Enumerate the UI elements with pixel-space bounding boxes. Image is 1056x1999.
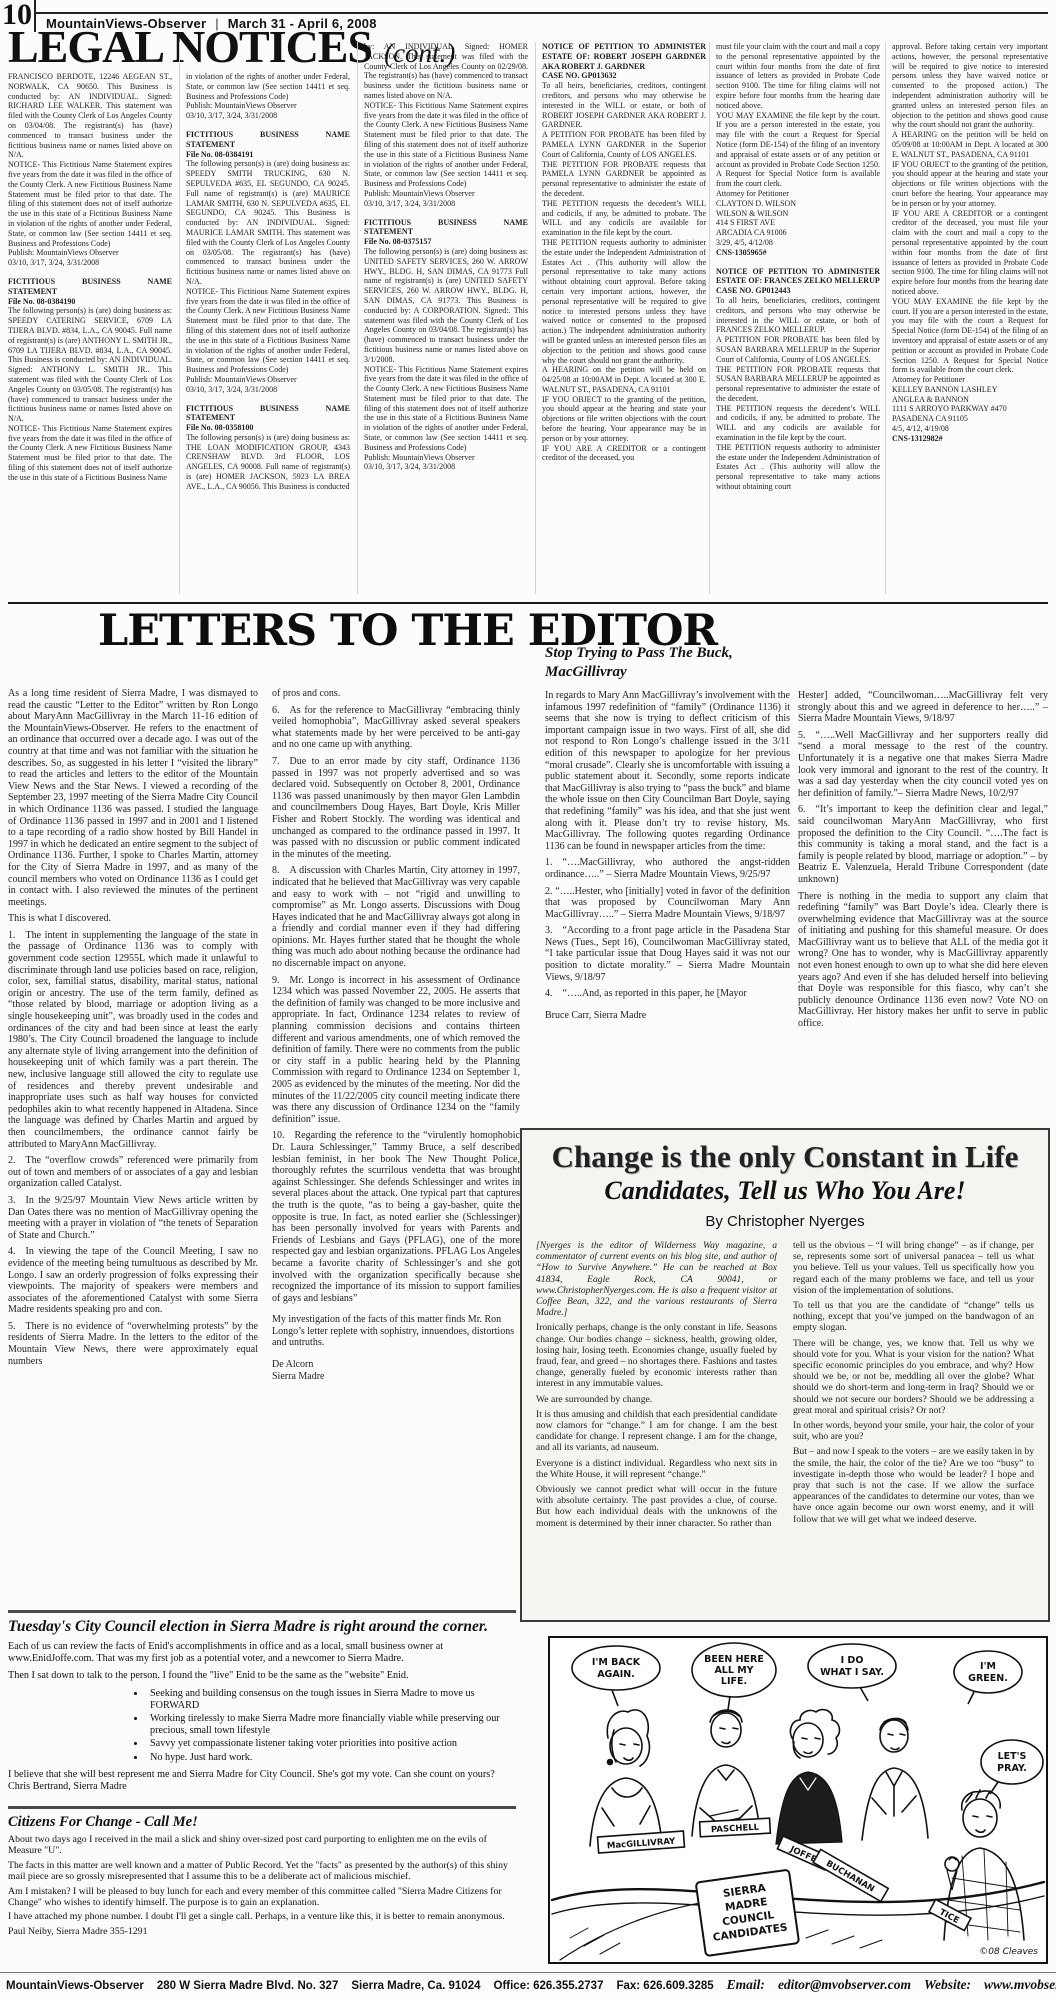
letter-paragraph: 7. Due to an error made by city staff, O… bbox=[272, 756, 520, 860]
change-box-title: Change is the only Constant in Life bbox=[536, 1140, 1034, 1174]
letter-paragraph: 6. “It’s important to keep the definitio… bbox=[798, 804, 1048, 885]
column-rule bbox=[357, 42, 358, 594]
legal-paragraph: To all heirs, beneficiaries, creditors, … bbox=[542, 81, 706, 130]
legal-paragraph: NOTICE- This Fictitious Name Statement e… bbox=[364, 365, 528, 453]
legal-paragraph: 03/10, 3/17, 3/24, 3/31/2008 bbox=[364, 199, 528, 209]
legal-paragraph: IF YOU ARE A CREDITOR or a contingent cr… bbox=[542, 444, 706, 464]
footer-website: www.mvobserver.com bbox=[984, 1977, 1056, 1993]
legal-paragraph: CASE NO. GP012443 bbox=[716, 286, 880, 296]
legal-paragraph: Attorney for Petitioner bbox=[716, 189, 880, 199]
legal-paragraph: NOTICE- This Fictitious Name Statement e… bbox=[364, 101, 528, 189]
cartoon-bubble-paschell: BEEN HERE bbox=[704, 1654, 764, 1665]
footer-address: 280 W Sierra Madre Blvd. No. 327 bbox=[157, 1978, 339, 1994]
column-rule bbox=[885, 42, 886, 594]
footer-paper-name: MountainViews-Observer bbox=[6, 1978, 144, 1994]
legal-paragraph: IF YOU ARE A CREDITOR or a contingent cr… bbox=[892, 209, 1048, 297]
legal-paragraph: 1111 S ARROYO PARKWAY #470 bbox=[892, 404, 1048, 414]
legal-paragraph: NOTICE- This Fictitious Name Statement e… bbox=[8, 160, 172, 248]
letter-paragraph: 4. “…..And, as reported in this paper, h… bbox=[545, 988, 790, 1000]
masthead-rule bbox=[36, 12, 1048, 14]
legal-paragraph: Publish: MountainViews Observer bbox=[186, 375, 350, 385]
legal-paragraph: WILSON & WILSON bbox=[716, 209, 880, 219]
legal-paragraph: Publish: MountainViews Observer bbox=[8, 248, 172, 258]
legal-paragraph: 03/10, 3/17, 3/24, 3/31/2008 bbox=[8, 258, 172, 268]
legal-paragraph: File No. 08-0358100 bbox=[186, 423, 350, 433]
letter-paragraph: 10. Regarding the reference to the “viru… bbox=[272, 1130, 520, 1304]
legal-paragraph: CASE NO. GP013632 bbox=[542, 71, 706, 81]
legal-paragraph: ANGLEA & BANNON bbox=[892, 395, 1048, 405]
legal-paragraph: 03/10, 3/17, 3/24, 3/31/2008 bbox=[186, 385, 350, 395]
legal-paragraph: The following person(s) is (are) doing b… bbox=[186, 433, 350, 492]
letter-paragraph: Am I mistaken? I will be pleased to buy … bbox=[8, 1886, 518, 1909]
letter-paragraph: Bruce Carr, Sierra Madre bbox=[545, 1010, 790, 1022]
legal-paragraph: File No. 08-0375157 bbox=[364, 237, 528, 247]
legal-column-3: by: AN INDIVIDUAL. Signed: HOMER JACKSON… bbox=[364, 42, 528, 594]
letter-paragraph: 9. Mr. Longo is incorrect in his assessm… bbox=[272, 975, 520, 1126]
editorial-cartoon: SIERRA MADRE COUNCIL CANDIDATES MacGILLI… bbox=[548, 1636, 1048, 1964]
cartoon-bubble-tice-line2: PRAY. bbox=[997, 1763, 1027, 1774]
letters-column-1: As a long time resident of Sierra Madre,… bbox=[8, 688, 258, 1603]
letter-paragraph: of pros and cons. bbox=[272, 688, 520, 700]
legal-paragraph: 03/10, 3/17, 3/24, 3/31/2008 bbox=[186, 111, 350, 121]
legal-paragraph: THE PETITION requests the decedent’s WIL… bbox=[542, 199, 706, 238]
legal-paragraph: Publish: MountainViews Observer bbox=[364, 453, 528, 463]
legal-paragraph: KELLEY BANNON LASHLEY bbox=[892, 385, 1048, 395]
bullet-item: Seeking and building consensus on the to… bbox=[146, 1688, 518, 1712]
letter-paragraph: 2. The “overflow crowds” referenced were… bbox=[8, 1155, 258, 1190]
legal-paragraph: THE PETITION requests authority to admin… bbox=[542, 238, 706, 365]
tuesday-election-letter: Tuesday's City Council election in Sierr… bbox=[8, 1617, 518, 1805]
citizens-letter-paragraphs: About two days ago I received in the mai… bbox=[8, 1834, 518, 1937]
change-box-byline: By Christopher Nyerges bbox=[536, 1212, 1034, 1232]
footer-email: editor@mvobserver.com bbox=[778, 1977, 911, 1993]
legal-paragraph: A HEARING on the petition will be held o… bbox=[892, 130, 1048, 159]
legal-paragraph: The following person(s) is (are) doing b… bbox=[364, 247, 528, 365]
legal-paragraph: ARCADIA CA 91006 bbox=[716, 228, 880, 238]
tuesday-letter-closing: I believe that she will best represent m… bbox=[8, 1769, 518, 1793]
legal-paragraph: in violation of the rights of another un… bbox=[186, 72, 350, 101]
footer-rule bbox=[0, 1972, 1056, 1973]
change-editorial-box: Change is the only Constant in Life Cand… bbox=[520, 1128, 1050, 1622]
legal-paragraph: CLAYTON D. WILSON bbox=[716, 199, 880, 209]
legal-paragraph: must file your claim with the court and … bbox=[716, 42, 880, 111]
cartoon-bubble-paschell-line2: ALL MY bbox=[714, 1665, 753, 1676]
tuesday-letter-bullets: Seeking and building consensus on the to… bbox=[8, 1688, 518, 1764]
legal-paragraph: File No. 08-0384191 bbox=[186, 150, 350, 160]
bullet-item: No hype. Just hard work. bbox=[146, 1752, 518, 1764]
column-rule bbox=[179, 42, 180, 594]
legal-paragraph: FICTITIOUS BUSINESS NAME STATEMENT bbox=[364, 218, 528, 238]
newspaper-page: 10 MountainViews-Observer | March 31 - A… bbox=[0, 0, 1056, 1999]
letter-paragraph: In regards to Mary Ann MacGillivray’s in… bbox=[545, 690, 790, 852]
cartoon-bubble-green-line2: GREEN. bbox=[968, 1673, 1008, 1684]
change-box-subtitle: Candidates, Tell us Who You Are! bbox=[536, 1176, 1034, 1206]
cartoon-bubble-tice: LET'S bbox=[998, 1751, 1027, 1762]
section-divider bbox=[8, 602, 1048, 604]
cartoon-artist-credit: ©08 Cleaves bbox=[979, 1947, 1038, 1957]
legal-paragraph: A HEARING on the petition will be held o… bbox=[542, 365, 706, 394]
editorial-paragraph: Ironically perhaps, change is the only c… bbox=[536, 1322, 777, 1389]
legal-paragraph: The following person(s) is (are) doing b… bbox=[8, 306, 172, 424]
legal-paragraph: NOTICE- This Fictitious Name Statement e… bbox=[186, 287, 350, 375]
legal-paragraph: 414 S FIRST AVE bbox=[716, 218, 880, 228]
legal-column-5: must file your claim with the court and … bbox=[716, 42, 880, 594]
letter-paragraph: De Alcorn bbox=[272, 1359, 520, 1371]
legal-column-4: NOTICE OF PETITION TO ADMINISTER ESTATE … bbox=[542, 42, 706, 594]
letter-paragraph: 1. “….MacGillivray, who authored the ang… bbox=[545, 857, 790, 880]
legal-paragraph: 03/10, 3/17, 3/24, 3/31/2008 bbox=[364, 462, 528, 472]
citizens-for-change-letter: Citizens For Change - Call Me! About two… bbox=[8, 1813, 518, 1973]
letter-paragraph: 4. In viewing the tape of the Council Me… bbox=[8, 1246, 258, 1316]
legal-paragraph: IF YOU OBJECT to the granting of the pet… bbox=[542, 395, 706, 444]
letter-heading-pass-the-buck: Stop Trying to Pass The Buck, MacGillivr… bbox=[545, 644, 797, 682]
letter-paragraph: Hester] added, “Councilwoman…..MacGilliv… bbox=[798, 690, 1048, 725]
letter-paragraph: Each of us can review the facts of Enid'… bbox=[8, 1641, 518, 1665]
editorial-paragraph: [Nyerges is the editor of Wilderness Way… bbox=[536, 1240, 777, 1318]
legal-column-1: FRANCISCO BERDOTE, 12246 AEGEAN ST., NOR… bbox=[8, 72, 172, 594]
legal-paragraph: CNS-1305965# bbox=[716, 248, 880, 258]
letters-column-4: Hester] added, “Councilwoman…..MacGilliv… bbox=[798, 690, 1048, 1120]
legal-paragraph: THE PETITION requests authority to admin… bbox=[716, 443, 880, 492]
cartoon-bubble-macgillivray: I'M BACK bbox=[592, 1657, 641, 1668]
legal-paragraph: by: AN INDIVIDUAL. Signed: HOMER JACKSON… bbox=[364, 42, 528, 101]
cartoon-bubble-macgillivray-line2: AGAIN. bbox=[597, 1669, 635, 1680]
editorial-paragraph: Everyone is a distinct individual. Regar… bbox=[536, 1458, 777, 1480]
legal-paragraph: CNS-1312982# bbox=[892, 434, 1048, 444]
editorial-paragraph: There will be change, yes, we know that.… bbox=[793, 1338, 1034, 1416]
tuesday-letter-heading: Tuesday's City Council election in Sierr… bbox=[8, 1617, 518, 1636]
footer-city: Sierra Madre, Ca. 91024 bbox=[351, 1978, 480, 1994]
legal-paragraph: 4/5, 4/12, 4/19/08 bbox=[892, 424, 1048, 434]
letter-paragraph: 3. “According to a front page article in… bbox=[545, 925, 790, 983]
bullet-item: Savvy yet compassionate listener taking … bbox=[146, 1738, 518, 1750]
cartoon-drawing: SIERRA MADRE COUNCIL CANDIDATES MacGILLI… bbox=[550, 1638, 1046, 1962]
letter-paragraph: There is nothing in the media to support… bbox=[798, 891, 1048, 1030]
cartoon-bubble-buchanan-line2: WHAT I SAY. bbox=[820, 1667, 884, 1678]
legal-paragraph: Publish: MountainViews Observer bbox=[186, 101, 350, 111]
editorial-paragraph: In other words, beyond your smile, your … bbox=[793, 1420, 1034, 1442]
letter-paragraph: 8. A discussion with Charles Martin, Cit… bbox=[272, 865, 520, 969]
legal-paragraph: THE PETITION FOR PROBATE requests that S… bbox=[716, 365, 880, 404]
legal-paragraph: FICTITIOUS BUSINESS NAME STATEMENT bbox=[186, 130, 350, 150]
letter-paragraph: Sierra Madre bbox=[272, 1371, 520, 1383]
letter-paragraph: 2. “…..Hester, who [initially] voted in … bbox=[545, 886, 790, 921]
editorial-paragraph: But – and now I speak to the voters – ar… bbox=[793, 1446, 1034, 1524]
legal-paragraph: To all heirs, beneficiaries, creditors, … bbox=[716, 296, 880, 335]
legal-paragraph: NOTICE OF PETITION TO ADMINISTER ESTATE … bbox=[716, 267, 880, 287]
letter-paragraph: 5. “…..Well MacGillivray and her support… bbox=[798, 730, 1048, 800]
cartoon-bubble-paschell-line3: LIFE. bbox=[721, 1676, 747, 1687]
letter-paragraph: Paul Neiby, Sierra Madre 355-1291 bbox=[8, 1926, 518, 1937]
letter-paragraph: 6. As for the reference to MacGillivray … bbox=[272, 705, 520, 751]
legal-paragraph: THE PETITION requests the decedent’s WIL… bbox=[716, 404, 880, 443]
footer-website-label: Website: bbox=[924, 1977, 971, 1993]
section-divider bbox=[8, 1610, 516, 1613]
letter-paragraph: 1. The intent in supplementing the langu… bbox=[8, 930, 258, 1150]
letter-paragraph: The facts in this matter are well known … bbox=[8, 1860, 518, 1883]
legal-notices-title-text: LEGAL NOTICES bbox=[8, 21, 372, 72]
footer-fax: Fax: 626.609.3285 bbox=[616, 1978, 713, 1994]
legal-paragraph: Attorney for Petitioner bbox=[892, 375, 1048, 385]
legal-paragraph: approval. Before taking certain very imp… bbox=[892, 42, 1048, 130]
cartoon-bubble-green: I'M bbox=[980, 1661, 996, 1672]
footer-office-phone: Office: 626.355.2737 bbox=[494, 1978, 604, 1994]
bullet-item: Working tirelessly to make Sierra Madre … bbox=[146, 1713, 518, 1737]
citizens-letter-heading: Citizens For Change - Call Me! bbox=[8, 1813, 518, 1831]
legal-paragraph: Publish: MountainViews Observer bbox=[364, 189, 528, 199]
cartoon-bubble-buchanan: I DO bbox=[841, 1655, 864, 1666]
legal-paragraph: FRANCISCO BERDOTE, 12246 AEGEAN ST., NOR… bbox=[8, 72, 172, 160]
editorial-paragraph: Obviously we cannot predict what will oc… bbox=[536, 1484, 777, 1529]
column-rule bbox=[535, 42, 536, 594]
legal-paragraph: PASADENA CA 91105 bbox=[892, 414, 1048, 424]
legal-paragraph: A PETITION FOR PROBATE has been filed by… bbox=[542, 130, 706, 159]
letter-paragraph: As a long time resident of Sierra Madre,… bbox=[8, 688, 258, 908]
legal-column-2: in violation of the rights of another un… bbox=[186, 72, 350, 594]
letter-paragraph: I have attached my phone number. I doubt… bbox=[8, 1911, 518, 1922]
legal-column-6: approval. Before taking certain very imp… bbox=[892, 42, 1048, 594]
legal-paragraph: NOTICE- This Fictitious Name Statement e… bbox=[8, 424, 172, 483]
letter-paragraph: This is what I discovered. bbox=[8, 913, 258, 925]
tuesday-letter-paragraphs: Each of us can review the facts of Enid'… bbox=[8, 1641, 518, 1683]
change-box-right-column: tell us the obvious – “I will bring chan… bbox=[793, 1240, 1034, 1604]
legal-paragraph: The following person(s) is (are) doing b… bbox=[186, 159, 350, 286]
legal-paragraph: IF YOU OBJECT to the granting of the pet… bbox=[892, 160, 1048, 209]
legal-paragraph: A PETITION FOR PROBATE has been filed by… bbox=[716, 335, 880, 364]
change-box-left-column: [Nyerges is the editor of Wilderness Way… bbox=[536, 1240, 777, 1604]
editorial-paragraph: tell us the obvious – “I will bring chan… bbox=[793, 1240, 1034, 1296]
letters-column-3: In regards to Mary Ann MacGillivray’s in… bbox=[545, 690, 790, 1122]
letters-column-2: of pros and cons.6. As for the reference… bbox=[272, 688, 520, 1603]
letter-paragraph: About two days ago I received in the mai… bbox=[8, 1834, 518, 1857]
letter-paragraph: 5. There is no evidence of “overwhelming… bbox=[8, 1321, 258, 1367]
editorial-paragraph: To tell us that you are the candidate of… bbox=[793, 1300, 1034, 1334]
legal-paragraph: File No. 08-0384190 bbox=[8, 297, 172, 307]
letter-paragraph: 3. In the 9/25/97 Mountain View News art… bbox=[8, 1195, 258, 1241]
legal-paragraph: YOU MAY EXAMINE the file kept by the cou… bbox=[716, 111, 880, 189]
change-box-columns: [Nyerges is the editor of Wilderness Way… bbox=[536, 1240, 1034, 1604]
editorial-paragraph: We are surrounded by change. bbox=[536, 1394, 777, 1405]
letter-paragraph: Then I sat down to talk to the person. I… bbox=[8, 1670, 518, 1682]
legal-paragraph: 3/29, 4/5, 4/12/08 bbox=[716, 238, 880, 248]
legal-paragraph: FICTITIOUS BUSINESS NAME STATEMENT bbox=[8, 277, 172, 297]
editorial-paragraph: It is thus amusing and childish that eac… bbox=[536, 1409, 777, 1454]
column-rule bbox=[709, 42, 710, 594]
legal-paragraph: NOTICE OF PETITION TO ADMINISTER ESTATE … bbox=[542, 42, 706, 71]
letter-paragraph: My investigation of the facts of this ma… bbox=[272, 1314, 520, 1349]
section-divider bbox=[8, 1806, 516, 1809]
legal-paragraph: YOU MAY EXAMINE the file kept by the cou… bbox=[892, 297, 1048, 375]
legal-paragraph: THE PETITION FOR PROBATE requests that P… bbox=[542, 160, 706, 199]
footer-email-label: Email: bbox=[727, 1977, 765, 1993]
footer: MountainViews-Observer 280 W Sierra Madr… bbox=[6, 1977, 1052, 1994]
legal-paragraph: FICTITIOUS BUSINESS NAME STATEMENT bbox=[186, 404, 350, 424]
